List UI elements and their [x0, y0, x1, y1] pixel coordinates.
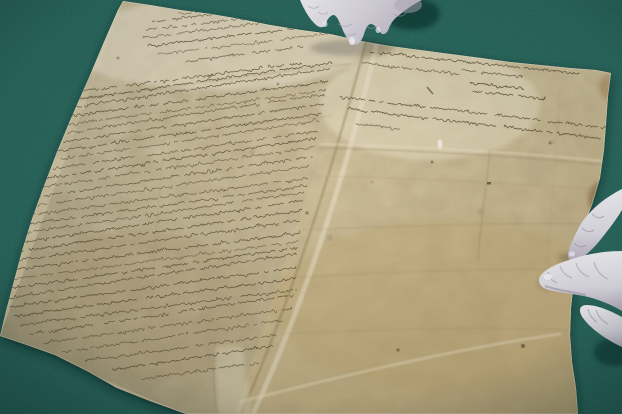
photo-vignette: [0, 0, 622, 414]
photo-canvas: [0, 0, 622, 414]
manuscript-photo: [0, 0, 622, 414]
